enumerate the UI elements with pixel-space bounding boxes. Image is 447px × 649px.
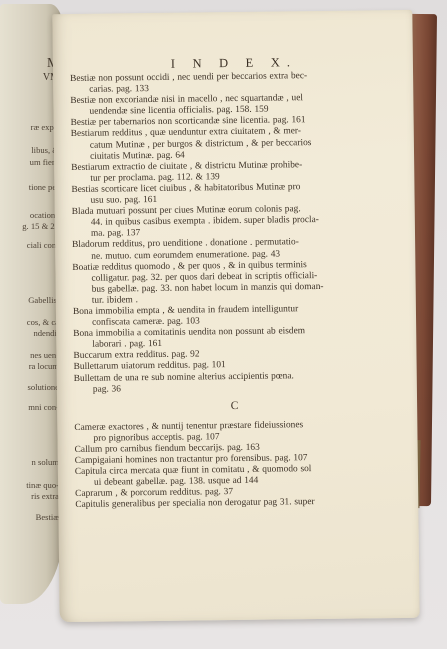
prev-page-text-fragment: Gabellis, [28, 296, 59, 305]
index-title: I N D E X. [70, 54, 391, 72]
prev-page-text-fragment: solutione [27, 383, 59, 392]
prev-page-text-fragment: tinæ quo- [26, 481, 59, 490]
prev-page-text-fragment: cos, & ca [27, 318, 59, 327]
index-entry: Bestiarum redditus , quæ uenduntur extra… [71, 126, 392, 163]
prev-page-text-fragment: g. 15 & 23 [22, 222, 59, 231]
index-page: I N D E X. Bestiæ non possunt occidi , n… [52, 10, 419, 622]
prev-page-text-fragment: ra locum [29, 362, 59, 371]
prev-page-text-fragment: ris extra [31, 492, 59, 501]
prev-page-text-fragment: ndendi. [33, 329, 59, 338]
prev-page-text-fragment: nes uen- [30, 351, 59, 360]
prev-page-text-fragment: n solum [32, 458, 59, 467]
index-section-c: Cameræ exactores , & nuntij tenentur præ… [74, 419, 396, 512]
prev-page-text-fragment: mni con- [28, 403, 59, 412]
prev-page-text-fragment: Bestiæ [36, 513, 59, 522]
book-photo: M VM ræ expl- libus, & um fien- tione pe… [0, 0, 447, 649]
index-text-block: I N D E X. Bestiæ non possunt occidi , n… [52, 10, 418, 512]
index-entry: Bullettam de una re sub nomine alterius … [74, 370, 395, 396]
section-letter-c: C [74, 399, 395, 414]
index-entry: Blada mutuari possunt per ciues Mutinæ e… [72, 203, 393, 240]
index-entry: Boatiæ redditus quomodo , & per quos , &… [72, 259, 394, 307]
index-section-b: Bestiæ non possunt occidi , nec uendi pe… [70, 70, 395, 396]
